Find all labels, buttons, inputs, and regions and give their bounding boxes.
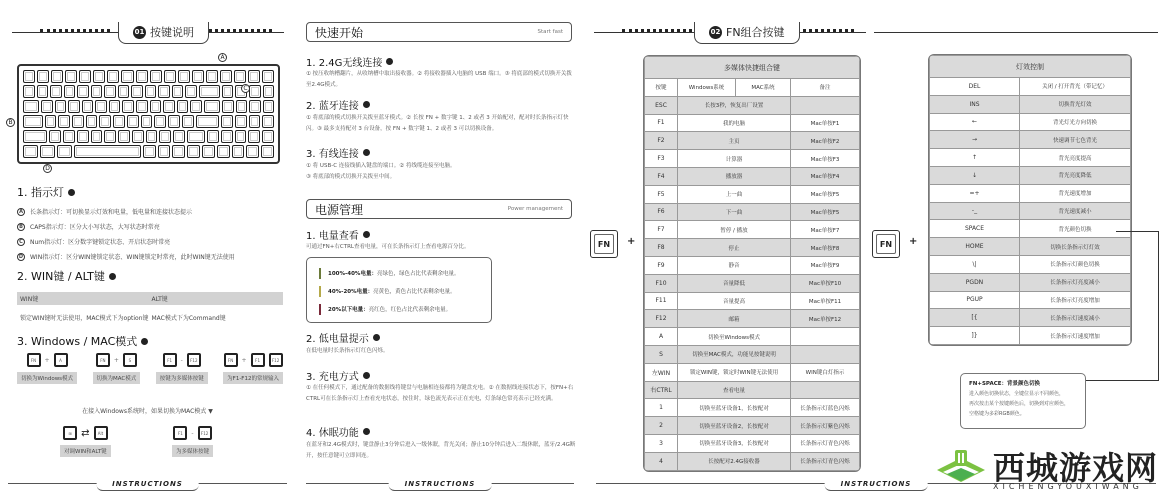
wireless-text: ① 按压收纳槽翻片，从收纳槽中取出接收器。② 将接收器插入电脑的 USB 端口。… xyxy=(306,69,576,91)
table-row: F6下一曲Mac单按F5 xyxy=(645,203,860,221)
table-row: F3计算器Mac单按F3 xyxy=(645,150,860,168)
callout-d: D xyxy=(43,164,52,173)
indicator-item: A长条指示灯：可切换显示灯效和电量，低电量和连接状态提示 xyxy=(17,207,192,216)
table-row: F11音量提高Mac单按F11 xyxy=(645,292,860,310)
sleep-text: 在蓝牙和2.4G模式时，键盘静止3分钟后进入一级休眠，背光关闭；静止10分钟后进… xyxy=(306,440,576,462)
table-row: DEL关闭 / 打开背光（带记忆） xyxy=(930,78,1131,96)
battery-level: 40%-20%电量：亮黄色，黄色占比代表剩余电量。 xyxy=(319,282,479,300)
mode-item: FN+F1F12 为F1-F12的常规输入 xyxy=(223,353,283,384)
table-row: A切换至Windows模式 xyxy=(645,328,860,346)
mode-shortcuts: FN+A 切换为Windows模式 FN+S 切换为MAC模式 F1-F12 按… xyxy=(17,353,283,384)
connector-line xyxy=(1158,231,1159,381)
keyboard-diagram xyxy=(17,64,280,164)
column-header: 按键 xyxy=(645,79,678,97)
wired-text-2: ③ 将底部的模式切换开关拨至中间。 xyxy=(306,172,576,183)
bullet-icon xyxy=(109,273,116,280)
page-footer: INSTRUCTIONS xyxy=(8,478,287,492)
table-title: 灯效控制 xyxy=(930,56,1131,78)
table-row: 2切换至蓝牙设备2，长按配对长条指示灯紫色闪烁 xyxy=(645,417,860,435)
watermark-subtitle: XICHENGYOUXIWANG xyxy=(993,482,1143,491)
table-row: ]}长条指示灯速度增加 xyxy=(930,327,1131,345)
multimedia-keys: F1-F12 为多媒体按键 xyxy=(172,426,213,457)
keys-guide-page: 01 按键说明 A B C D 1. 指示灯 A长条指示灯：可切换显示灯效和电量… xyxy=(0,0,295,500)
lighting-table: 灯效控制 DEL关闭 / 打开背光（带记忆） INS切换背光灯效 ←背光灯光方向… xyxy=(928,54,1132,346)
connector-line xyxy=(1086,380,1159,381)
battery-check-text: 可通过FN+右CTRL查看电量，可在长条指示灯上查看电源百分比。 xyxy=(306,242,576,253)
indicator-item: DWIN指示灯：区分WIN键锁定状态、WIN键锁定时常亮，此时WIN键无法使用 xyxy=(17,252,235,261)
callout-b: B xyxy=(6,118,15,127)
table-row: F4播放器Mac单按F4 xyxy=(645,167,860,185)
banner-line xyxy=(874,22,1158,44)
battery-level: 20%以下电量：亮红色，红色占比代表剩余电量。 xyxy=(319,300,479,318)
win-col-head: WIN键 xyxy=(20,294,152,303)
table-row: ←背光灯光方向切换 xyxy=(930,113,1131,131)
quick-start-page: 快速开始Start fast 1. 2.4G无线连接 ① 按压收纳槽翻片，从收纳… xyxy=(298,0,582,500)
battery-levels-box: 100%-40%电量：亮绿色，绿色占比代表剩余电量。 40%-20%电量：亮黄色… xyxy=(306,257,492,323)
swap-win-alt: ⊞⇄Alt 对调WIN和ALT键 xyxy=(60,426,111,457)
bluetooth-heading: 2. 蓝牙连接 xyxy=(306,97,370,112)
wireless-heading: 1. 2.4G无线连接 xyxy=(306,54,393,69)
mode-item: FN+S 切换为MAC模式 xyxy=(93,353,141,384)
table-title: 多媒体快捷组合键 xyxy=(645,57,860,79)
banner-title: 01 按键说明 xyxy=(118,22,209,44)
table-row: SPACE背光颜色切换 xyxy=(930,220,1131,238)
table-row: ↑背光亮度提高 xyxy=(930,149,1131,167)
table-row: ↓背光亮度降低 xyxy=(930,166,1131,184)
table-row: \|长条指示灯颜色切换 xyxy=(930,255,1131,273)
table-row: F12邮箱Mac单按F12 xyxy=(645,310,860,328)
table-row: [{长条指示灯速度减小 xyxy=(930,309,1131,327)
table-row: F2主页Mac单按F2 xyxy=(645,132,860,150)
plus-sign: + xyxy=(909,236,917,247)
win-col-body: 锁定WIN键时无法使用，MAC模式下为option键 xyxy=(20,313,152,322)
table-row: HOME切换长条指示灯灯效 xyxy=(930,238,1131,256)
section-banner: 02 FN组合按键 xyxy=(594,22,866,44)
indicator-heading: 1. 指示灯 xyxy=(17,184,75,200)
bullet-icon xyxy=(68,189,75,196)
table-row: F1我的电脑Mac单按F1 xyxy=(645,114,860,132)
banner-title: 02 FN组合按键 xyxy=(694,22,800,44)
table-row: F9静音Mac单按F9 xyxy=(645,256,860,274)
mode-item: FN+A 切换为Windows模式 xyxy=(17,353,77,384)
column-header: MAC系统 xyxy=(736,79,791,97)
section-banner: 01 按键说明 xyxy=(12,22,284,44)
watermark: 西城游戏网 XICHENGYOUXIWANG xyxy=(935,448,1158,488)
table-row: S切换至MAC模式，功能见按键说明 xyxy=(645,345,860,363)
fn-space-note: FN+SPACE：背景颜色切换 进入颜色切换状态，全键位显示不同颜色， 再次按击… xyxy=(960,373,1086,429)
fn-key-icon: FN xyxy=(590,230,618,258)
table-row: 1切换至蓝牙设备1，长按配对长条指示灯蓝色闪烁 xyxy=(645,399,860,417)
winalt-table: WIN键ALT键 锁定WIN键时无法使用，MAC模式下为option键MAC模式… xyxy=(17,292,283,322)
watermark-title: 西城游戏网 xyxy=(993,451,1158,485)
watermark-logo-icon xyxy=(935,448,987,488)
mode-item: F1-F12 按键为多媒体按键 xyxy=(156,353,208,384)
swap-arrows-icon: ⇄ xyxy=(81,428,89,439)
bluetooth-text: ① 将底部的模式切换开关拨至蓝牙模式。② 长按 FN + 数字键 1、2 或者 … xyxy=(306,113,576,135)
multimedia-table: 多媒体快捷组合键 按键 Windows系统 MAC系统 备注 ESC长按3秒，恢… xyxy=(643,55,861,472)
indicator-item: CNum指示灯：区分数字键锁定状态、开启状态时常亮 xyxy=(17,237,170,246)
callout-c: C xyxy=(241,84,250,93)
sleep-heading: 4. 休眠功能 xyxy=(306,424,370,439)
page-footer: INSTRUCTIONS xyxy=(306,478,574,492)
table-row: 3切换至蓝牙设备3，长按配对长条指示灯青色闪烁 xyxy=(645,434,860,452)
alt-col-head: ALT键 xyxy=(152,294,284,303)
table-row: INS切换背光灯效 xyxy=(930,95,1131,113)
column-header: Windows系统 xyxy=(678,79,736,97)
low-battery-heading: 2. 低电量提示 xyxy=(306,330,380,345)
table-row: PGUP长条指示灯亮度增加 xyxy=(930,291,1131,309)
banner-title-text: 按键说明 xyxy=(150,22,194,43)
wired-text: ① 将 USB-C 连接线插入键盘的端口。② 将线缆连接至电脑。 xyxy=(306,161,576,172)
table-row: 4长按配对2.4G接收器长条指示灯青色闪烁 xyxy=(645,452,860,470)
table-row: F5上一曲Mac单按F5 xyxy=(645,185,860,203)
battery-check-heading: 1. 电量查看 xyxy=(306,227,370,242)
charging-text: ① 在任何模式下，通过配备的数据线将键盘与电脑相连接都将为键盘充电。② 在数据线… xyxy=(306,383,576,405)
table-row: PGDN长条指示灯亮度减小 xyxy=(930,273,1131,291)
table-row: 右CTRL查看电量 xyxy=(645,381,860,399)
plus-sign: + xyxy=(627,236,635,247)
battery-level: 100%-40%电量：亮绿色，绿色占比代表剩余电量。 xyxy=(319,264,479,282)
table-row: F8停止Mac单按F8 xyxy=(645,239,860,257)
table-row: =+背光速度增加 xyxy=(930,184,1131,202)
fn-key-icon: FN xyxy=(872,230,900,258)
table-row: F10音量降低Mac单按F10 xyxy=(645,274,860,292)
table-row: ESC长按3秒，恢复出厂设置 xyxy=(645,96,860,114)
bullet-icon xyxy=(141,338,148,345)
table-row: 左WIN锁定WIN键，锁定时WIN键无法使用WIN键白灯指示 xyxy=(645,363,860,381)
low-battery-text: 在低电量时长条指示灯红色闪烁。 xyxy=(306,346,576,357)
table-row: F7暂停 / 播放Mac单按F7 xyxy=(645,221,860,239)
charging-heading: 3. 充电方式 xyxy=(306,368,370,383)
table-row: -_背光速度减小 xyxy=(930,202,1131,220)
callout-a: A xyxy=(218,53,227,62)
connector-line xyxy=(1116,231,1159,232)
alt-col-body: MAC模式下为Command键 xyxy=(152,313,284,322)
power-header: 电源管理Power management xyxy=(306,199,572,219)
section-number-badge: 01 xyxy=(133,26,146,39)
column-header: 备注 xyxy=(791,79,860,97)
winalt-heading: 2. WIN键 / ALT键 xyxy=(17,268,116,284)
mac-mode-note: 在接入Windows系统时，如果切换为MAC模式 ▼ xyxy=(0,406,295,415)
indicator-item: BCAPS指示灯：区分大小写状态，大写状态时常亮 xyxy=(17,222,160,231)
wired-heading: 3. 有线连接 xyxy=(306,145,370,160)
windows-key-icon: ⊞ xyxy=(63,426,77,440)
quick-start-header: 快速开始Start fast xyxy=(306,22,572,42)
modes-heading: 3. Windows / MAC模式 xyxy=(17,333,148,349)
table-row: →快速调节七色背光 xyxy=(930,131,1131,149)
